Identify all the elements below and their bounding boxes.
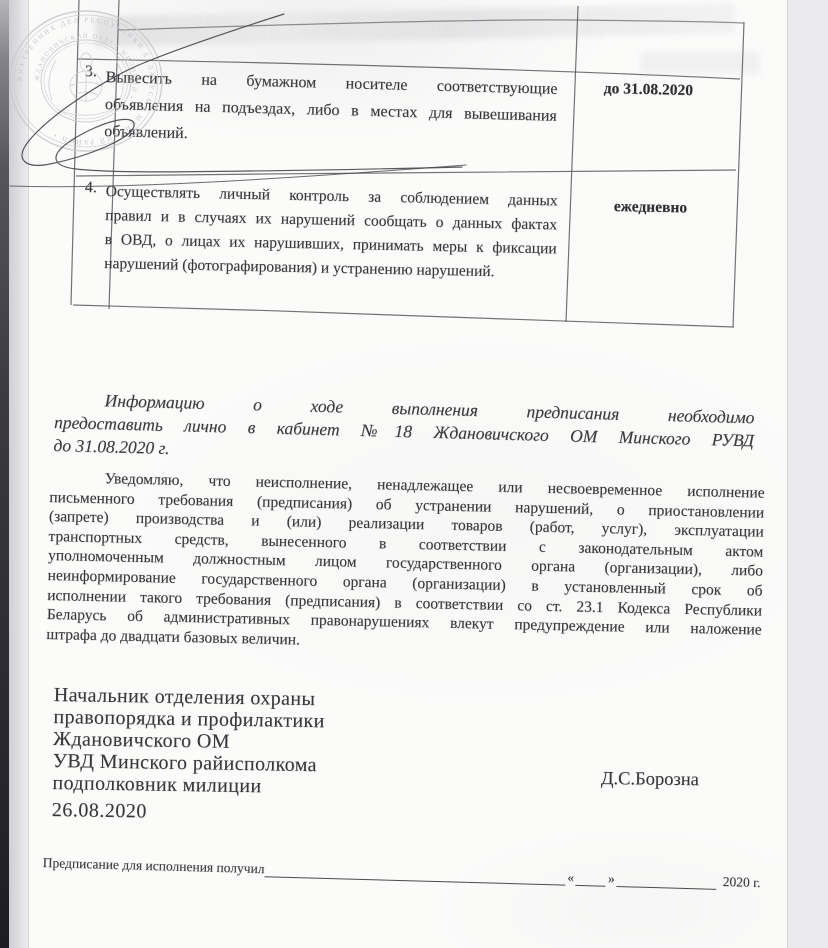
document-date: 26.08.2020	[52, 799, 147, 823]
notice-paragraph: Уведомляю, что неисполнение, ненадлежаще…	[46, 468, 765, 660]
table-row4-deadline: ежедневно	[614, 198, 688, 217]
handwritten-signature	[0, 0, 480, 200]
receipt-year: 2020 г.	[717, 874, 761, 891]
receipt-blank-month	[617, 872, 717, 890]
text-line: подполковник милиции	[52, 772, 324, 798]
signatory-name: Д.С.Борозна	[601, 769, 699, 791]
receipt-blank-day	[576, 871, 606, 887]
table-row3-deadline: до 31.08.2020	[604, 80, 694, 100]
signatory-title: Начальник отделения охраны правопорядка …	[52, 684, 325, 798]
scanned-document-page: 3. Вывесить на бумажном носителе соответ…	[0, 0, 828, 948]
receipt-quote-open: «	[565, 870, 576, 886]
receipt-quote-close: »	[606, 871, 617, 887]
